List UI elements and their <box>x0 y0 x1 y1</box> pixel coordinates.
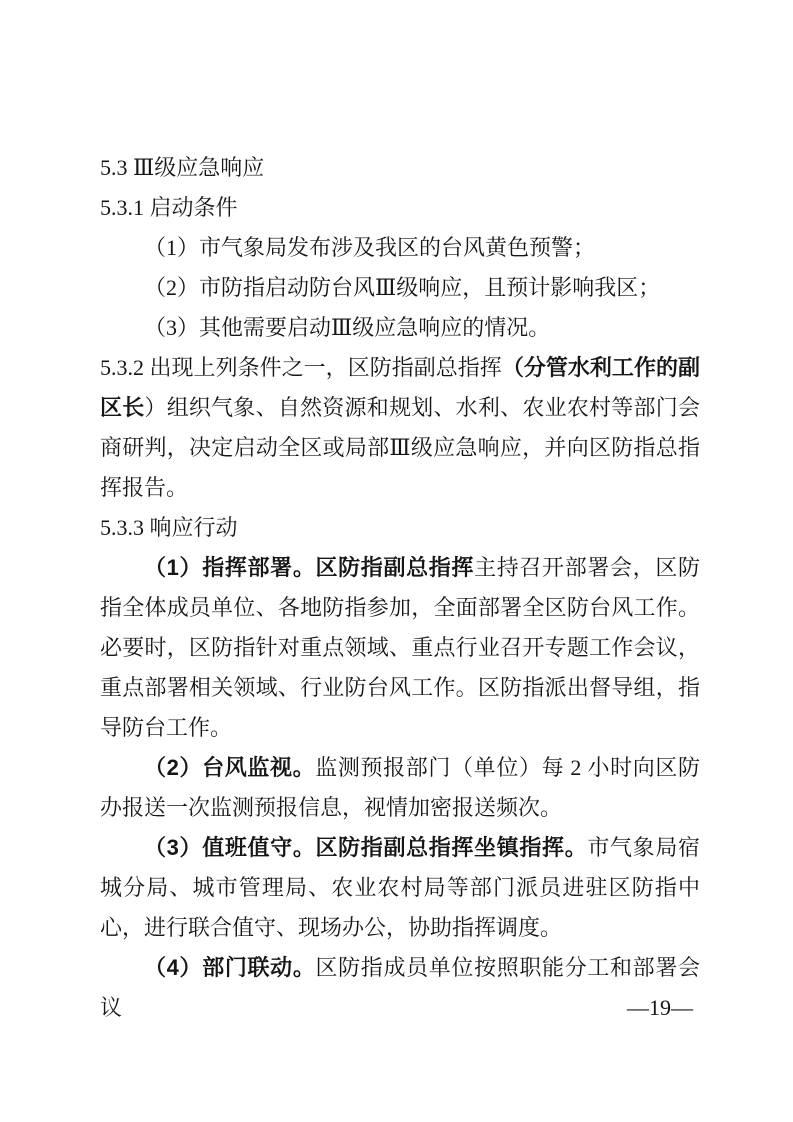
condition-item-2: （2）市防指启动防台风Ⅲ级响应，且预计影响我区； <box>100 268 700 308</box>
heading-5-3-1: 5.3.1 启动条件 <box>100 188 700 228</box>
action-item-2: （2）台风监视。监测预报部门（单位）每 2 小时向区防办报送一次监测预报信息，视… <box>100 748 700 828</box>
document-content: 5.3 Ⅲ级应急响应5.3.1 启动条件（1）市气象局发布涉及我区的台风黄色预警… <box>100 148 700 1028</box>
text-segment: （2）市防指启动防台风Ⅲ级响应，且预计影响我区； <box>144 275 660 300</box>
text-segment: 主持召开部署会，区防指全体成员单位、各地防指参加，全面部署全区防台风工作。必要时… <box>100 555 700 740</box>
action-item-1: （1）指挥部署。区防指副总指挥主持召开部署会，区防指全体成员单位、各地防指参加，… <box>100 548 700 748</box>
para-5-3-2: 5.3.2 出现上列条件之一，区防指副总指挥（分管水利工作的副区长）组织气象、自… <box>100 348 700 508</box>
heading-5-3: 5.3 Ⅲ级应急响应 <box>100 148 700 188</box>
bold-text-segment: （4）部门联动。 <box>144 955 315 980</box>
text-segment: 5.3.3 响应行动 <box>100 515 238 540</box>
bold-text-segment: （1）指挥部署。区防指副总指挥 <box>144 555 474 580</box>
text-segment: 5.3.1 启动条件 <box>100 195 238 220</box>
page-number: —19— <box>627 995 693 1021</box>
condition-item-1: （1）市气象局发布涉及我区的台风黄色预警； <box>100 228 700 268</box>
text-segment: 5.3 Ⅲ级应急响应 <box>100 155 264 180</box>
text-segment: （3）其他需要启动Ⅲ级应急响应的情况。 <box>144 315 550 340</box>
text-segment: 5.3.2 出现上列条件之一，区防指副总指挥 <box>100 355 502 380</box>
bold-text-segment: （2）台风监视。 <box>144 755 315 780</box>
condition-item-3: （3）其他需要启动Ⅲ级应急响应的情况。 <box>100 308 700 348</box>
bold-text-segment: （3）值班值守。区防指副总指挥坐镇指挥。 <box>144 835 587 860</box>
action-item-3: （3）值班值守。区防指副总指挥坐镇指挥。市气象局宿城分局、城市管理局、农业农村局… <box>100 828 700 948</box>
document-page: 5.3 Ⅲ级应急响应5.3.1 启动条件（1）市气象局发布涉及我区的台风黄色预警… <box>0 0 793 1122</box>
text-segment: ）组织气象、自然资源和规划、水利、农业农村等部门会商研判，决定启动全区或局部Ⅲ级… <box>100 395 700 500</box>
heading-5-3-3: 5.3.3 响应行动 <box>100 508 700 548</box>
action-item-4: （4）部门联动。区防指成员单位按照职能分工和部署会议 <box>100 948 700 1028</box>
text-segment: （1）市气象局发布涉及我区的台风黄色预警； <box>144 235 595 260</box>
